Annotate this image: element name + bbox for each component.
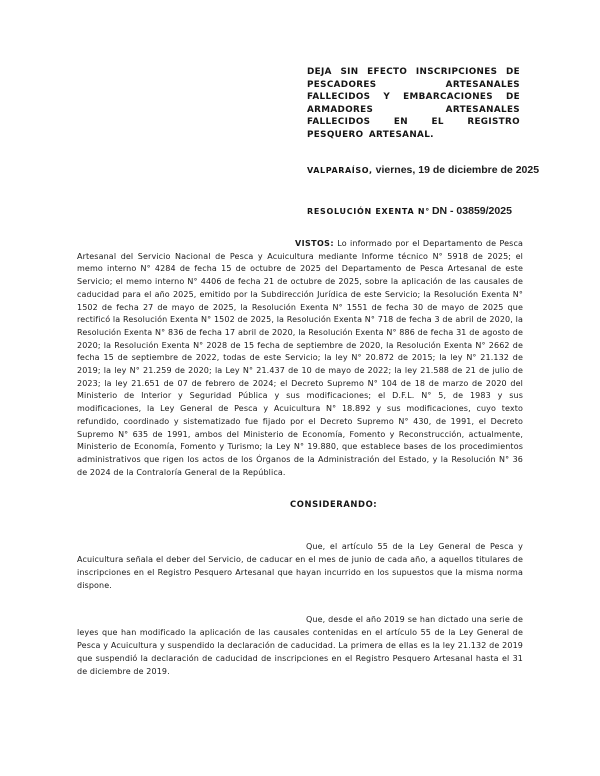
considerando-paragraph-1: Que, el artículo 55 de la Ley General de… [77,540,523,592]
vistos-text: Lo informado por el Departamento de Pesc… [77,239,523,477]
vistos-label: VISTOS: [295,239,334,248]
place-label: VALPARAÍSO, [307,166,373,175]
date-text: viernes, 19 de diciembre de 2025 [376,164,539,176]
resolution-number-line: RESOLUCIÓN EXENTA N°DN - 03859/2025 [307,199,512,218]
place-date-line: VALPARAÍSO,viernes, 19 de diciembre de 2… [307,158,539,177]
resolution-label: RESOLUCIÓN EXENTA N° [307,207,430,216]
document-title: DEJA SIN EFECTO INSCRIPCIONES DE PESCADO… [307,66,520,142]
resolution-number: DN - 03859/2025 [432,205,512,217]
resolution-document-page: DEJA SIN EFECTO INSCRIPCIONES DE PESCADO… [0,0,600,776]
considerando-paragraph-2: Que, desde el año 2019 se han dictado un… [77,613,523,678]
considerando-heading: CONSIDERANDO: [290,499,523,509]
document-body: VISTOS: Lo informado por el Departamento… [77,238,523,678]
vistos-paragraph: VISTOS: Lo informado por el Departamento… [77,238,523,479]
